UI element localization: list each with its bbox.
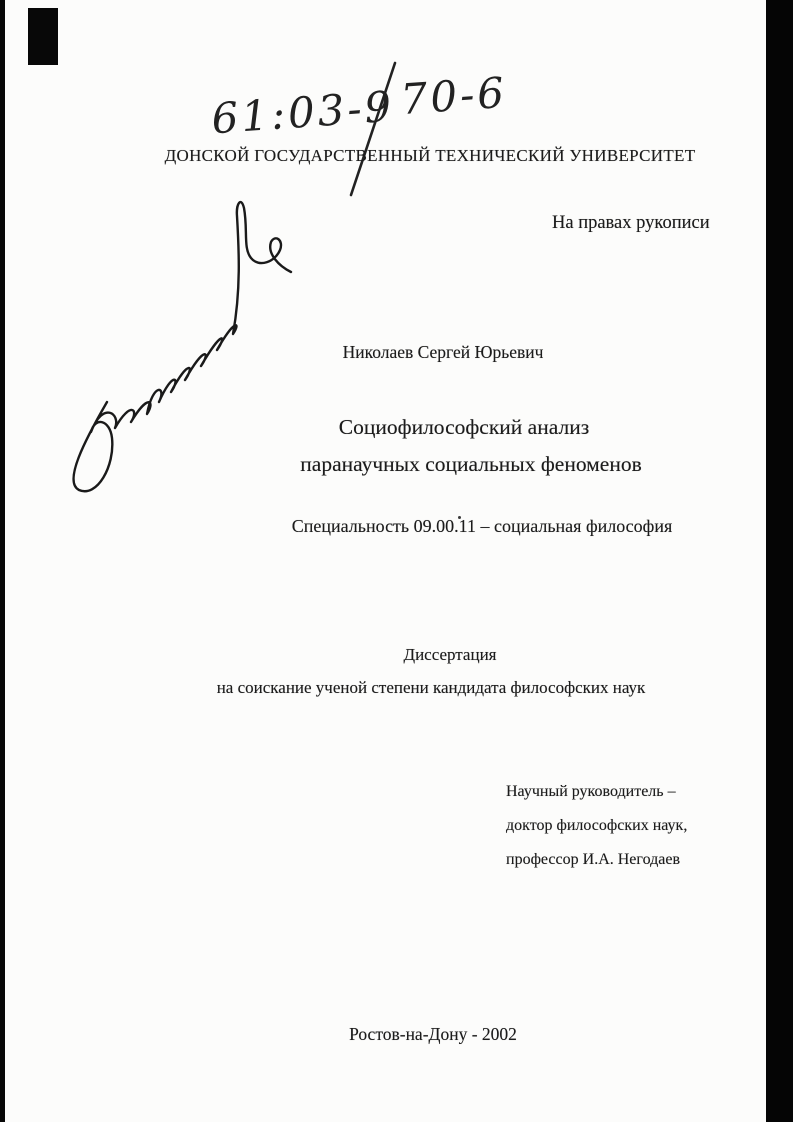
title-line-1: Социофилософский анализ [101, 409, 793, 446]
catalog-number-left: 61:03-9 [210, 82, 396, 144]
city-year: Ростов-на-Дону - 2002 [70, 1024, 793, 1045]
author-name: Николаев Сергей Юрьевич [80, 342, 793, 363]
manuscript-note: На правах рукописи [552, 213, 710, 234]
thesis-type: Диссертация [87, 645, 793, 665]
thesis-purpose: на соискание ученой степени кандидата фи… [68, 678, 793, 698]
film-mark-top-left [28, 8, 58, 65]
dissertation-title: Социофилософский анализ паранаучных соци… [101, 409, 793, 483]
dissertation-title-page: 61:03-9 70-6 ДОНСКОЙ ГОСУДАРСТВЕННЫЙ ТЕХ… [0, 0, 793, 1122]
title-line-2: паранаучных социальных феноменов [108, 446, 793, 483]
supervisor-line-3: профессор И.А. Негодаев [506, 843, 687, 877]
film-edge-right [766, 0, 793, 1122]
specialty-line: Специальность 09.00.11 – социальная фило… [119, 516, 793, 537]
supervisor-line-1: Научный руководитель – [506, 775, 687, 809]
university-name: ДОНСКОЙ ГОСУДАРСТВЕННЫЙ ТЕХНИЧЕСКИЙ УНИВ… [68, 146, 792, 166]
catalog-number-right: 70-6 [399, 68, 509, 124]
film-edge-left [0, 0, 5, 1122]
supervisor-line-2: доктор философских наук, [506, 809, 687, 843]
supervisor-block: Научный руководитель – доктор философски… [506, 775, 687, 877]
